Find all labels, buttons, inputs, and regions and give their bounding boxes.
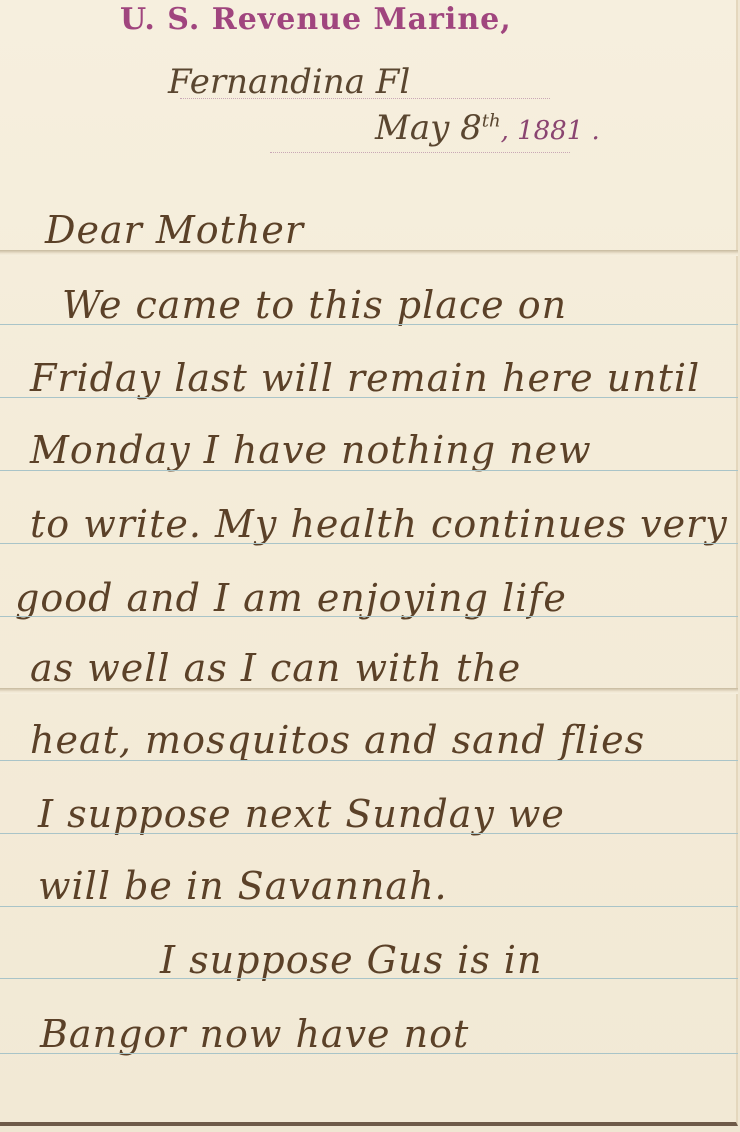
ruled-line xyxy=(0,978,738,979)
fold-line xyxy=(0,250,738,256)
date-month-day: May 8 xyxy=(375,108,482,148)
ruled-line xyxy=(0,397,738,398)
fold-line xyxy=(0,688,738,694)
body-line: Friday last will remain here until xyxy=(30,356,700,400)
salutation: Dear Mother xyxy=(45,208,304,252)
body-line: as well as I can with the xyxy=(30,646,521,690)
letter-date: May 8th, 1881 . xyxy=(375,108,600,148)
body-line: to write. My health continues very xyxy=(30,502,728,546)
body-line: heat, mosquitos and sand flies xyxy=(30,718,645,762)
ruled-line xyxy=(0,543,738,544)
body-line: Bangor now have not xyxy=(40,1012,469,1056)
ruled-line xyxy=(0,616,738,617)
ruled-line xyxy=(0,760,738,761)
body-line: I suppose next Sunday we xyxy=(38,792,565,836)
letter-page: U. S. Revenue Marine, Fernandina Fl May … xyxy=(0,0,738,1126)
body-line: I suppose Gus is in xyxy=(160,938,542,982)
letterhead-title: U. S. Revenue Marine, xyxy=(120,2,640,37)
body-line: good and I am enjoying life xyxy=(15,576,567,620)
ruled-line xyxy=(0,324,738,325)
letter-place: Fernandina Fl xyxy=(168,62,410,102)
date-year: , 1881 . xyxy=(501,116,600,146)
date-suffix: th xyxy=(482,111,501,132)
date-dotted-line xyxy=(270,152,570,153)
ruled-line xyxy=(0,833,738,834)
ruled-line xyxy=(0,470,738,471)
ruled-line xyxy=(0,906,738,907)
ruled-line xyxy=(0,1053,738,1054)
body-line: Monday I have nothing new xyxy=(30,428,592,472)
place-dotted-line xyxy=(180,98,550,99)
body-line: will be in Savannah. xyxy=(38,864,448,908)
body-line: We came to this place on xyxy=(62,283,567,327)
